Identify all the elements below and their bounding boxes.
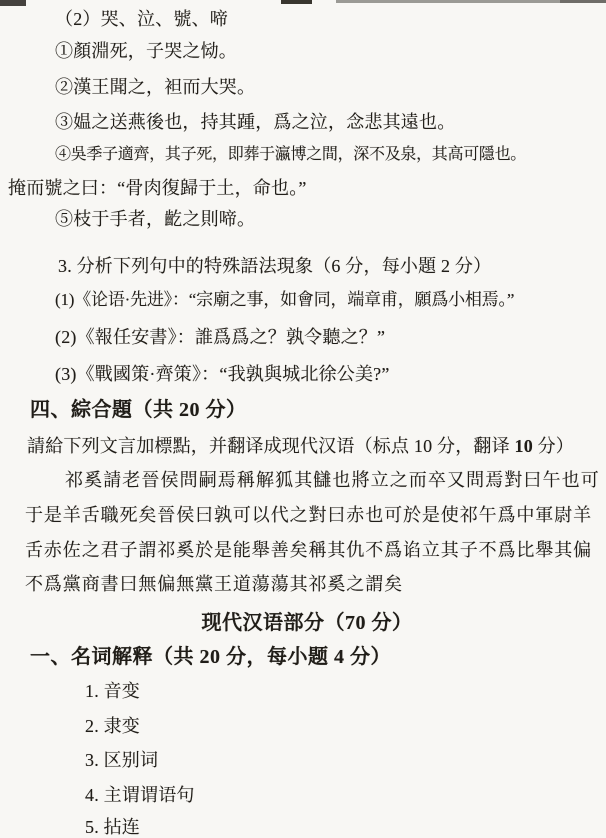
instruction-text-post: 分） [533,436,574,456]
scan-artifact-corner [0,0,26,6]
subquestion-2-header: （2）哭、泣、號、啼 [55,10,228,28]
question-3-item-2: (2)《報任安書》：誰爲爲之？孰令聽之？” [55,328,385,346]
scanned-exam-page: （2）哭、泣、號、啼 ①顏淵死，子哭之恸。 ②漢王聞之，袒而大哭。 ③媪之送燕後… [0,0,606,838]
term-item-3: 3. 区别词 [85,751,158,769]
instruction-score-number: 10 [515,436,533,456]
passage-line-2: 于是羊舌職死矣晉侯曰孰可以代之對曰赤也可於是使祁午爲中軍尉羊 [25,506,592,524]
example-sentence-4: ④吳季子適齊，其子死，即葬于瀛博之間，深不及泉，其高可隱也。 [55,147,526,163]
modern-chinese-part-title: 现代汉语部分（70 分） [0,613,606,633]
example-sentence-3: ③媪之送燕後也，持其踵，爲之泣，念悲其遠也。 [55,113,455,131]
section-4-title: 四、綜合題（共 20 分） [30,400,247,420]
instruction-text-pre: 請給下列文言加標點，并翻译成现代汉语（标点 10 分，翻译 [27,436,515,456]
passage-line-3: 舌赤佐之君子謂祁奚於是能舉善矣稱其仇不爲谄立其子不爲比舉其偏 [25,541,592,559]
question-3-item-1: (1)《论语·先进》：“宗廟之事，如會同，端章甫，願爲小相焉。” [55,291,514,308]
question-3-header: 3. 分析下列句中的特殊語法現象（6 分，每小題 2 分） [58,257,491,275]
term-item-4: 4. 主谓谓语句 [85,786,195,804]
modern-question-1-header: 一、名词解释（共 20 分，每小题 4 分） [30,647,391,667]
example-sentence-2: ②漢王聞之，袒而大哭。 [55,78,255,96]
term-item-2: 2. 隶变 [85,717,140,735]
passage-line-4: 不爲黨商書曰無偏無黨王道蕩蕩其祁奚之謂矣 [25,575,403,593]
scan-artifact-dash [281,0,312,4]
question-3-item-3: (3)《戰國策·齊策》：“我孰與城北徐公美?” [55,365,390,383]
term-item-5: 5. 拈连 [85,818,140,836]
example-sentence-4-continuation: 掩而號之曰：“骨肉復歸于土，命也。” [8,179,307,197]
passage-line-1: 祁奚請老晉侯問嗣焉稱解狐其讎也將立之而卒又問焉對曰午也可 [65,471,600,489]
example-sentence-1: ①顏淵死，子哭之恸。 [55,42,237,60]
section-4-instruction: 請給下列文言加標點，并翻译成现代汉语（标点 10 分，翻译 10 分） [27,437,574,455]
example-sentence-5: ⑤枝于手者，齕之則啼。 [55,210,255,228]
scan-artifact-smudge [560,0,606,3]
term-item-1: 1. 音变 [85,682,140,700]
